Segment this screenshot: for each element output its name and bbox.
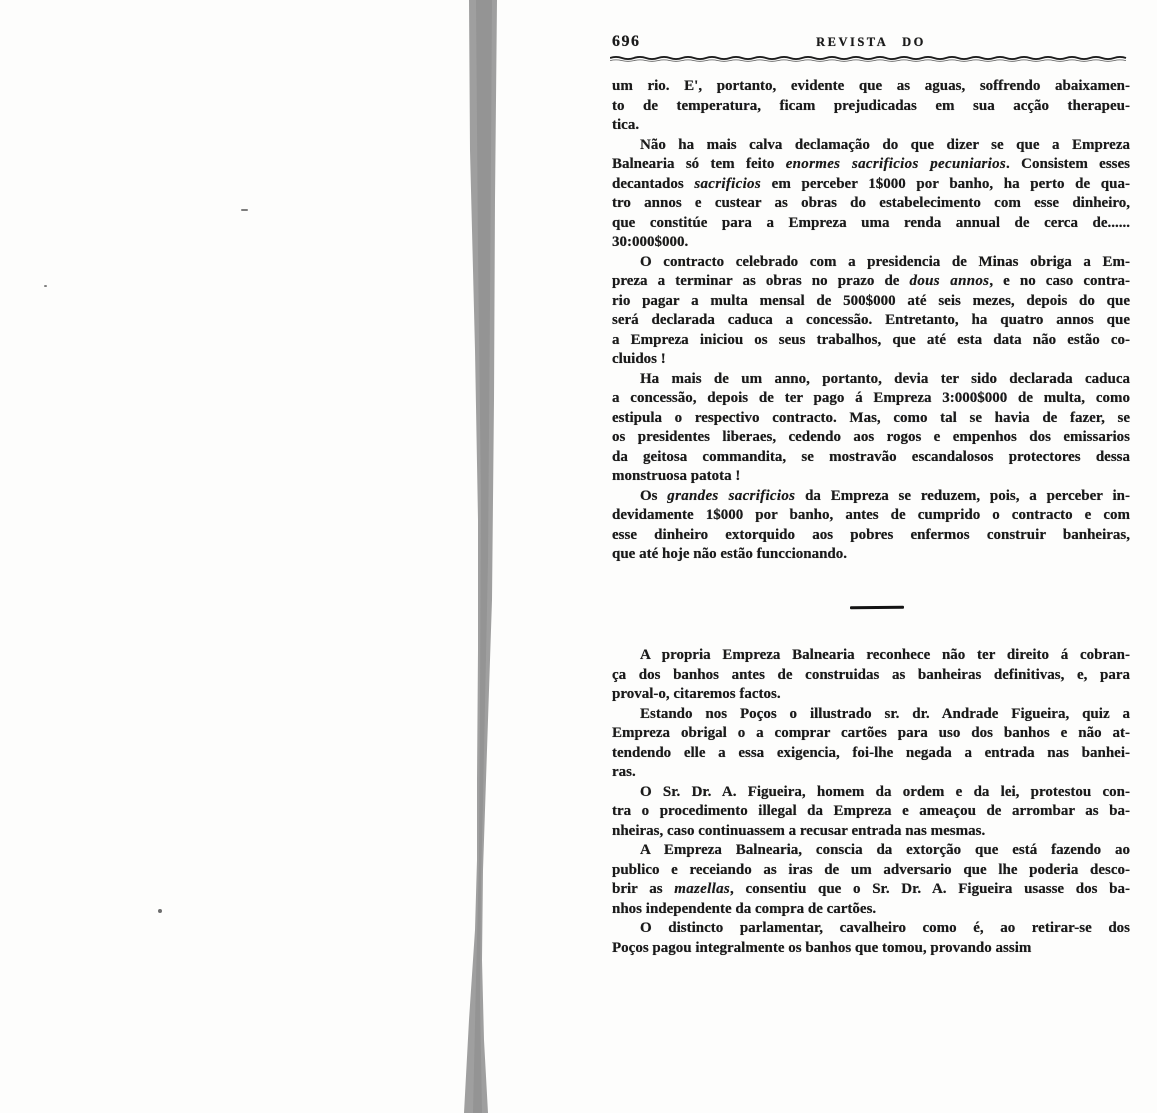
text-run: nheiras, caso continuassem a recusar ent… — [612, 823, 985, 839]
text-line: decantados sacrificios em perceber 1$000… — [612, 175, 1130, 195]
text-run: , e no caso contra- — [989, 273, 1130, 289]
text-run: um rio. E', portanto, evidente que as ag… — [612, 78, 1130, 94]
text-run: , consentiu que o Sr. Dr. A. Figueira us… — [730, 881, 1130, 897]
text-run: tro annos e custear as obras do estabele… — [612, 195, 1130, 211]
text-line: tica. — [612, 116, 1130, 136]
text-run: Os — [640, 488, 667, 504]
text-run: a Empreza iniciou os seus trabalhos, que… — [612, 332, 1130, 348]
text-line: 30:000$000. — [612, 233, 1130, 253]
text-run: Empreza obrigal o a comprar cartões para… — [612, 725, 1130, 741]
text-line: um rio. E', portanto, evidente que as ag… — [612, 77, 1130, 97]
page-header: 696 REVISTA DO — [612, 33, 1130, 53]
text-line: Ha mais de um anno, portanto, devia ter … — [612, 370, 1130, 390]
text-run: proval-o, citaremos factos. — [612, 686, 781, 702]
text-line: estipula o respectivo contracto. Mas, co… — [612, 409, 1130, 429]
text-line: to de temperatura, ficam prejudicadas em… — [612, 97, 1130, 117]
text-section-2: A propria Empreza Balnearia reconhece nã… — [612, 646, 1130, 958]
text-line: monstruosa patota ! — [612, 467, 1130, 487]
text-run: nhos independente da compra de cartões. — [612, 901, 876, 917]
text-run: O Sr. Dr. A. Figueira, homem da ordem e … — [640, 784, 1130, 800]
text-run: O contracto celebrado com a presidencia … — [640, 254, 1130, 270]
text-run: Balnearia só tem feito — [612, 156, 786, 172]
text-line: a Empreza iniciou os seus trabalhos, que… — [612, 331, 1130, 351]
text-run: O distincto parlamentar, cavalheiro como… — [640, 920, 1130, 936]
text-line: nheiras, caso continuassem a recusar ent… — [612, 822, 1130, 842]
text-run: cluidos ! — [612, 351, 666, 367]
text-run: . Consistem esses — [1006, 156, 1130, 172]
section-divider — [850, 606, 904, 610]
text-line: será declarada caduca a concessão. Entre… — [612, 311, 1130, 331]
text-run: tendendo elle a essa exigencia, foi-lhe … — [612, 745, 1130, 761]
text-line: a concessão, depois de ter pago á Emprez… — [612, 389, 1130, 409]
text-run: Estando nos Poços o illustrado sr. dr. A… — [640, 706, 1130, 722]
text-line: esse dinheiro extorquido aos pobres enfe… — [612, 526, 1130, 546]
text-line: que até hoje não estão funccionando. — [612, 545, 1130, 565]
text-run: 30:000$000. — [612, 234, 688, 250]
scan-speck — [158, 909, 162, 913]
text-line: preza a terminar as obras no prazo de do… — [612, 272, 1130, 292]
text-line: Os grandes sacrificios da Empreza se red… — [612, 487, 1130, 507]
text-run: será declarada caduca a concessão. Entre… — [612, 312, 1130, 328]
text-line: ras. — [612, 763, 1130, 783]
text-line: O contracto celebrado com a presidencia … — [612, 253, 1130, 273]
italic-text-run: enormes sacrificios pecuniarios — [786, 156, 1006, 172]
text-run: to de temperatura, ficam prejudicadas em… — [612, 98, 1130, 114]
text-run: esse dinheiro extorquido aos pobres enfe… — [612, 527, 1130, 543]
text-line: A Empreza Balnearia, conscia da extorção… — [612, 841, 1130, 861]
text-line: tendendo elle a essa exigencia, foi-lhe … — [612, 744, 1130, 764]
text-line: Balnearia só tem feito enormes sacrifici… — [612, 155, 1130, 175]
italic-text-run: sacrificios — [694, 176, 761, 192]
text-run: tra o procedimento illegal da Empreza e … — [612, 803, 1130, 819]
text-run: A Empreza Balnearia, conscia da extorção… — [640, 842, 1130, 858]
text-line: rio pagar a multa mensal de 500$000 até … — [612, 292, 1130, 312]
text-line: tro annos e custear as obras do estabele… — [612, 194, 1130, 214]
text-line: cluidos ! — [612, 350, 1130, 370]
text-run: brir as — [612, 881, 674, 897]
text-run: rio pagar a multa mensal de 500$000 até … — [612, 293, 1130, 309]
text-run: publico e receiando as iras de um advers… — [612, 862, 1130, 878]
text-line: Estando nos Poços o illustrado sr. dr. A… — [612, 705, 1130, 725]
text-line: publico e receiando as iras de um advers… — [612, 861, 1130, 881]
running-title: REVISTA DO — [612, 35, 1130, 50]
text-run: preza a terminar as obras no prazo de — [612, 273, 910, 289]
text-line: da geitosa commandita, se mostravão esca… — [612, 448, 1130, 468]
text-run: devidamente 1$000 por banho, antes de cu… — [612, 507, 1130, 523]
text-run: em perceber 1$000 por banho, ha perto de… — [761, 176, 1130, 192]
text-line: devidamente 1$000 por banho, antes de cu… — [612, 506, 1130, 526]
italic-text-run: mazellas — [674, 881, 730, 897]
text-line: que constitúe para a Empreza uma renda a… — [612, 214, 1130, 234]
text-run: a concessão, depois de ter pago á Emprez… — [612, 390, 1130, 406]
text-run: Ha mais de um anno, portanto, devia ter … — [640, 371, 1130, 387]
text-section-1: um rio. E', portanto, evidente que as ag… — [612, 77, 1130, 565]
text-line: Não ha mais calva declamação do que dize… — [612, 136, 1130, 156]
text-line: A propria Empreza Balnearia reconhece nã… — [612, 646, 1130, 666]
text-run: monstruosa patota ! — [612, 468, 740, 484]
text-line: O distincto parlamentar, cavalheiro como… — [612, 919, 1130, 939]
text-line: Poços pagou integralmente os banhos que … — [612, 939, 1130, 959]
text-line: proval-o, citaremos factos. — [612, 685, 1130, 705]
text-line: nhos independente da compra de cartões. — [612, 900, 1130, 920]
text-run: os presidentes liberaes, cedendo aos rog… — [612, 429, 1130, 445]
scan-speck — [44, 285, 47, 287]
text-run: ça dos banhos antes de construidas as ba… — [612, 667, 1130, 683]
text-line: O Sr. Dr. A. Figueira, homem da ordem e … — [612, 783, 1130, 803]
text-run: A propria Empreza Balnearia reconhece nã… — [640, 647, 1130, 663]
text-run: estipula o respectivo contracto. Mas, co… — [612, 410, 1130, 426]
text-run: ras. — [612, 764, 636, 780]
scan-speck — [241, 209, 248, 211]
text-run: que até hoje não estão funccionando. — [612, 546, 847, 562]
text-line: os presidentes liberaes, cedendo aos rog… — [612, 428, 1130, 448]
italic-text-run: grandes sacrificios — [667, 488, 795, 504]
italic-text-run: dous annos — [910, 273, 990, 289]
text-run: que constitúe para a Empreza uma renda a… — [612, 215, 1130, 231]
text-line: ça dos banhos antes de construidas as ba… — [612, 666, 1130, 686]
text-line: tra o procedimento illegal da Empreza e … — [612, 802, 1130, 822]
text-run: tica. — [612, 117, 639, 133]
text-run: Poços pagou integralmente os banhos que … — [612, 940, 1031, 956]
text-line: brir as mazellas, consentiu que o Sr. Dr… — [612, 880, 1130, 900]
text-line: Empreza obrigal o a comprar cartões para… — [612, 724, 1130, 744]
text-run: da geitosa commandita, se mostravão esca… — [612, 449, 1130, 465]
text-run: decantados — [612, 176, 694, 192]
text-run: da Empreza se reduzem, pois, a perceber … — [795, 488, 1130, 504]
header-rule — [610, 53, 1132, 63]
text-run: Não ha mais calva declamação do que dize… — [640, 137, 1130, 153]
